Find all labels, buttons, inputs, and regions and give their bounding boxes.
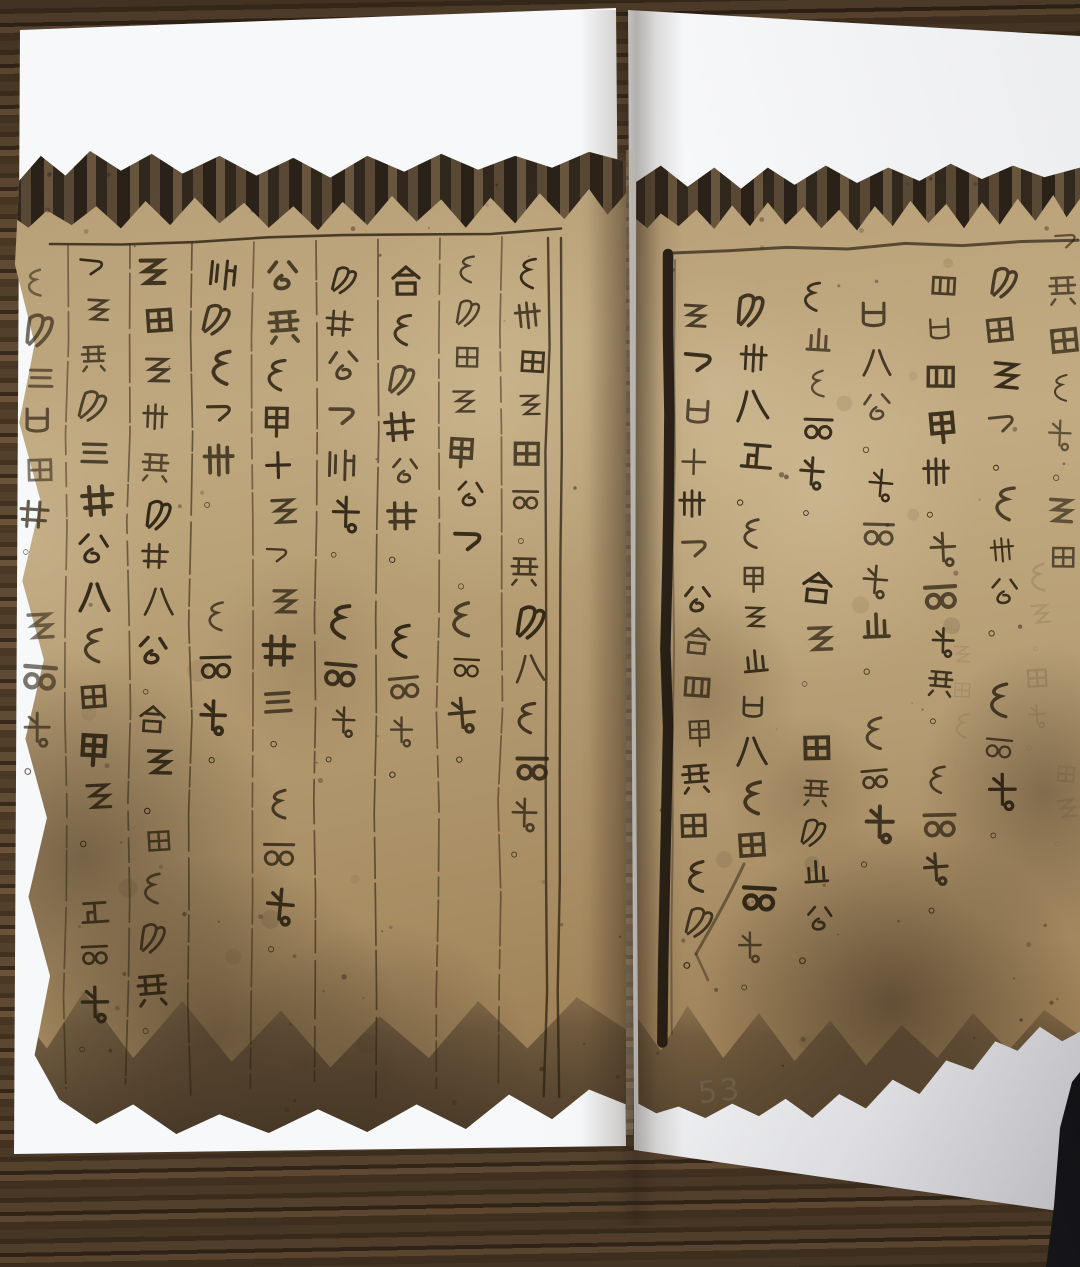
spine-fold-highlight [626,150,633,1135]
manuscript-right-page: 53 [634,158,1080,1118]
left-page-ruled-lines [10,146,626,1134]
photo-of-open-manuscript-book: 53 [0,0,1080,1267]
page-number: 53 [696,1072,744,1111]
manuscript-left-page [10,146,626,1134]
right-page-border-line [634,158,1080,1118]
